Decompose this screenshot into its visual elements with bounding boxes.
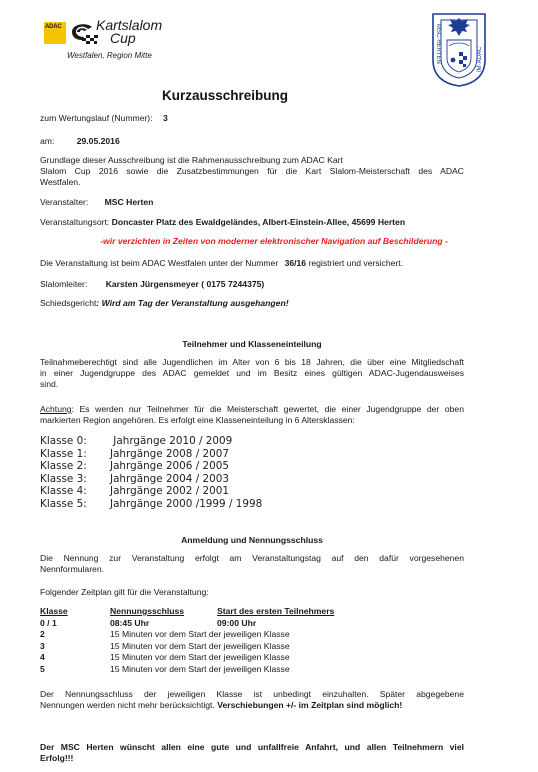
class-name: Klasse 4: [40, 485, 110, 498]
eligibility-line: sind. [40, 379, 464, 390]
deadline-note-bold: Verschiebungen +/- im Zeitplan sind mögl… [217, 700, 402, 710]
deadline-note-line: Der Nennungsschluss der jeweiligen Klass… [40, 689, 464, 700]
schedule-klasse: 0 / 1 [40, 618, 110, 630]
schedule-klasse: 2 [40, 629, 110, 641]
class-years: Jahrgänge 2002 / 2001 [110, 485, 229, 498]
registration-text-line: Die Nennung zur Veranstaltung erfolgt am… [40, 553, 464, 564]
round-value: 3 [163, 113, 168, 123]
schedule-row: 215 Minuten vor dem Start der jeweiligen… [40, 629, 334, 641]
round-line: zum Wertungslauf (Nummer): 3 [40, 113, 168, 123]
schedule-header-row: Klasse Nennungsschluss Start des ersten … [40, 606, 334, 618]
class-years: Jahrgänge 2000 /1999 / 1998 [110, 498, 262, 511]
slalom-leader-line: Slalomleiter: Karsten Jürgensmeyer ( 017… [40, 279, 264, 289]
date-value: 29.05.2016 [77, 136, 120, 146]
schedule-row: 315 Minuten vor dem Start der jeweiligen… [40, 641, 334, 653]
svg-text:MSC·HERTEN: MSC·HERTEN [435, 24, 441, 64]
registration-heading: Anmeldung und Nennungsschluss [40, 535, 464, 545]
deadline-note-line: Nennungen werden nicht mehr berücksichti… [40, 700, 217, 710]
attention-paragraph: Achtung: Es werden nur Teilnehmer für di… [40, 404, 464, 426]
closing-line: Erfolg!!! [40, 753, 464, 764]
eligibility-paragraph: Teilnahmeberechtigt sind alle Jugendlich… [40, 357, 464, 390]
venue-value: Doncaster Platz des Ewaldgeländes, Alber… [112, 217, 405, 227]
schedule-table: Klasse Nennungsschluss Start des ersten … [40, 606, 334, 675]
registration-paragraph: Die Nennung zur Veranstaltung erfolgt am… [40, 553, 464, 575]
slalom-leader-value: Karsten Jürgensmeyer ( 0175 7244375) [106, 279, 265, 289]
msc-herten-emblem-icon: MSC·HERTEN IM·ADAC [430, 10, 488, 88]
schedule-klasse: 3 [40, 641, 110, 653]
class-years: Jahrgänge 2008 / 2007 [110, 448, 229, 461]
registration-suffix: registriert und versichert. [308, 258, 403, 268]
schedule-klasse: 4 [40, 652, 110, 664]
class-years: Jahrgänge 2004 / 2003 [110, 473, 229, 486]
registration-number: 36/16 [285, 258, 307, 268]
logo-subtitle: Westfalen, Region Mitte [67, 51, 152, 60]
jury-label: Schiedsgericht [40, 298, 96, 308]
organizer-line: Veranstalter: MSC Herten [40, 197, 153, 207]
attention-label: Achtung [40, 404, 72, 414]
logo-title-line2: Cup [96, 32, 162, 45]
organizer-value: MSC Herten [105, 197, 154, 207]
participants-heading: Teilnehmer und Klasseneinteilung [40, 339, 464, 349]
schedule-col-deadline: Nennungsschluss [110, 606, 217, 618]
class-row: Klasse 0: Jahrgänge 2010 / 2009 [40, 435, 262, 448]
schedule-row: 515 Minuten vor dem Start der jeweiligen… [40, 664, 334, 676]
round-label: zum Wertungslauf (Nummer): [40, 113, 153, 123]
deadline-note-paragraph: Der Nennungsschluss der jeweiligen Klass… [40, 689, 464, 711]
logo-title: Kartslalom Cup [96, 19, 162, 45]
class-name: Klasse 1: [40, 448, 110, 461]
eligibility-line: Teilnahmeberechtigt sind alle Jugendlich… [40, 357, 464, 368]
svg-text:IM·ADAC: IM·ADAC [477, 46, 483, 72]
closing-line: Der MSC Herten wünscht allen eine gute u… [40, 742, 464, 753]
venue-line: Veranstaltungsort: Doncaster Platz des E… [40, 217, 405, 227]
class-row: Klasse 4:Jahrgänge 2002 / 2001 [40, 485, 262, 498]
intro-paragraph: Grundlage dieser Ausschreibung ist die R… [40, 155, 464, 188]
schedule-deadline: 15 Minuten vor dem Start der jeweiligen … [110, 664, 290, 676]
schedule-deadline: 08:45 Uhr [110, 618, 217, 630]
class-years: Jahrgänge 2006 / 2005 [110, 460, 229, 473]
date-label: am: [40, 136, 54, 146]
schedule-klasse: 5 [40, 664, 110, 676]
registration-line: Die Veranstaltung ist beim ADAC Westfale… [40, 258, 403, 268]
jury-value: : Wird am Tag der Veranstaltung ausgehan… [96, 298, 288, 308]
page-title: Kurzausschreibung [0, 88, 450, 103]
schedule-row: 0 / 108:45 Uhr09:00 Uhr [40, 618, 334, 630]
closing-paragraph: Der MSC Herten wünscht allen eine gute u… [40, 742, 464, 764]
schedule-deadline: 15 Minuten vor dem Start der jeweiligen … [110, 641, 290, 653]
schedule-col-klasse: Klasse [40, 606, 110, 618]
class-row: Klasse 3:Jahrgänge 2004 / 2003 [40, 473, 262, 486]
adac-badge: ADAC [44, 22, 66, 44]
schedule-start: 09:00 Uhr [217, 618, 256, 630]
venue-label: Veranstaltungsort: [40, 217, 109, 227]
class-row: Klasse 5:Jahrgänge 2000 /1999 / 1998 [40, 498, 262, 511]
slalom-leader-label: Slalomleiter: [40, 279, 87, 289]
class-row: Klasse 2:Jahrgänge 2006 / 2005 [40, 460, 262, 473]
schedule-row: 415 Minuten vor dem Start der jeweiligen… [40, 652, 334, 664]
attention-line: Achtung: Es werden nur Teilnehmer für di… [40, 404, 464, 415]
organizer-label: Veranstalter: [40, 197, 88, 207]
schedule-intro: Folgender Zeitplan gilt für die Veransta… [40, 587, 209, 597]
jury-line: Schiedsgericht: Wird am Tag der Veransta… [40, 298, 289, 308]
registration-prefix: Die Veranstaltung ist beim ADAC Westfale… [40, 258, 278, 268]
class-name: Klasse 0: [40, 435, 110, 448]
date-line: am: 29.05.2016 [40, 136, 120, 146]
class-years: Jahrgänge 2010 / 2009 [110, 435, 232, 448]
class-row: Klasse 1:Jahrgänge 2008 / 2007 [40, 448, 262, 461]
registration-text-line: Nennformularen. [40, 564, 464, 575]
schedule-deadline: 15 Minuten vor dem Start der jeweiligen … [110, 652, 290, 664]
class-name: Klasse 3: [40, 473, 110, 486]
intro-line: Westfalen. [40, 177, 464, 188]
class-list: Klasse 0: Jahrgänge 2010 / 2009Klasse 1:… [40, 435, 262, 511]
navigation-note: -wir verzichten in Zeiten von moderner e… [40, 236, 508, 246]
schedule-deadline: 15 Minuten vor dem Start der jeweiligen … [110, 629, 290, 641]
class-name: Klasse 2: [40, 460, 110, 473]
intro-line: Slalom Cup 2016 sowie die Zusatzbestimmu… [40, 166, 464, 177]
eligibility-line: in einer Jugendgruppe des ADAC gemeldet … [40, 368, 464, 379]
intro-line: Grundlage dieser Ausschreibung ist die R… [40, 155, 464, 166]
attention-text: : Es werden nur Teilnehmer für die Meist… [72, 404, 464, 414]
class-name: Klasse 5: [40, 498, 110, 511]
attention-line: markierten Region angehören. Es erfolgt … [40, 415, 464, 426]
schedule-col-start: Start des ersten Teilnehmers [217, 606, 334, 618]
